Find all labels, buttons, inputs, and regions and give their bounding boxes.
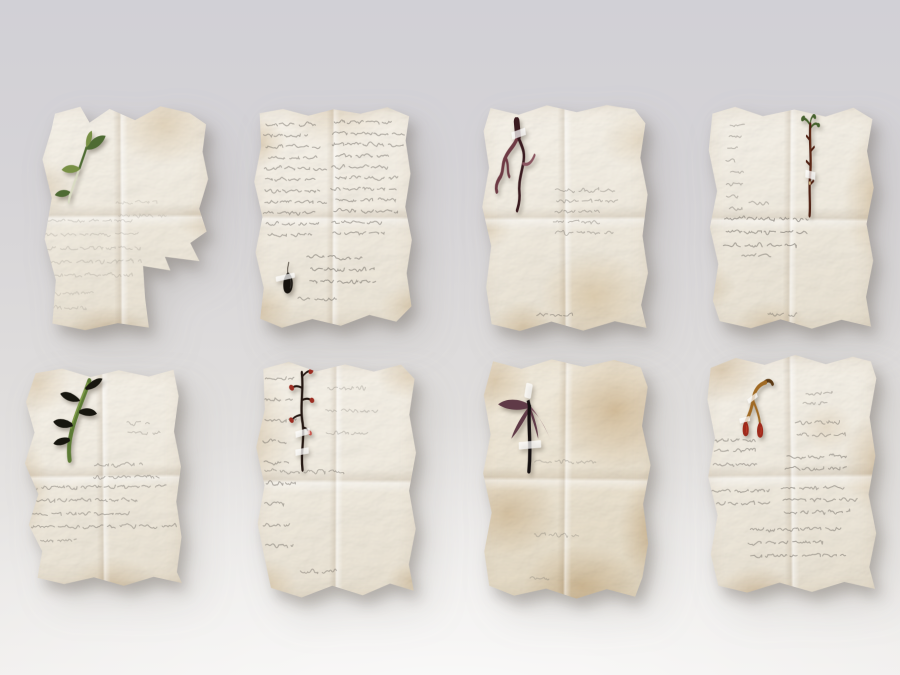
specimen-dark-twig-red-buds [278,369,329,474]
gallery-wall [0,0,900,675]
paper-surface [19,365,187,586]
paper-surface [475,356,655,602]
paper-surface [248,107,417,329]
specimen-green-seedling [48,129,118,214]
paper-sheet-5 [19,365,187,586]
specimen-maroon-branch [487,117,551,223]
paper-sheet-2 [248,107,417,329]
paper-sheet-6 [251,362,422,601]
specimen-black-seed [269,253,313,311]
specimen-red-twig [786,114,832,224]
paper-sheet-1 [29,102,212,331]
paper-surface [29,102,212,331]
paper-surface [251,362,422,601]
specimen-amber-sprig [723,374,781,457]
paper-sheet-7 [475,356,655,602]
specimen-green-stem-black-leaves [41,375,115,468]
paper-surface [702,104,878,333]
paper-surface [700,354,883,598]
paper-sheet-3 [476,103,653,334]
paper-surface [476,103,653,334]
paper-sheet-4 [702,104,878,333]
paper-sheet-8 [700,354,883,598]
handwriting-scribbles [251,362,422,601]
specimen-winged-twig [490,376,566,484]
